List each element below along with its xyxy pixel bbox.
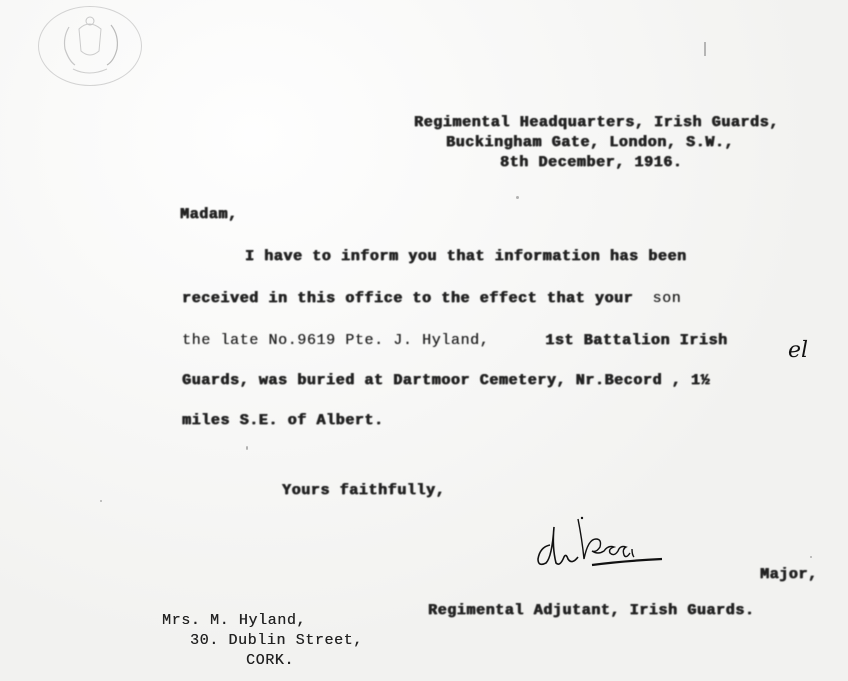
signatory-title: Regimental Adjutant, Irish Guards.	[428, 602, 754, 619]
recipient-name: Mrs. M. Hyland,	[162, 612, 306, 629]
recipient-city: CORK.	[246, 652, 294, 669]
body-line-2-text: received in this office to the effect th…	[182, 290, 633, 307]
paper-speck	[516, 196, 519, 199]
paper-speck	[100, 500, 102, 502]
body-line-3: the late No.9619 Pte. J. Hyland,1st Batt…	[182, 332, 728, 349]
letterhead-address-line-1: Regimental Headquarters, Irish Guards,	[414, 114, 779, 131]
paper-speck	[246, 446, 248, 450]
letter-date: 8th December, 1916.	[500, 154, 682, 171]
signature	[528, 515, 718, 575]
pencil-mark	[704, 42, 706, 56]
signature-icon	[528, 515, 718, 575]
battalion: 1st Battalion Irish	[545, 332, 727, 349]
closing: Yours faithfully,	[282, 482, 445, 499]
letterhead-address-line-2: Buckingham Gate, London, S.W.,	[446, 134, 734, 151]
recipient-street: 30. Dublin Street,	[190, 632, 363, 649]
body-line-4: Guards, was buried at Dartmoor Cemetery,…	[182, 372, 710, 389]
salutation: Madam,	[180, 206, 238, 223]
body-line-2-insert: son	[652, 290, 681, 307]
paper-speck	[810, 556, 812, 558]
body-line-1: I have to inform you that information ha…	[245, 248, 687, 265]
signatory-rank: Major,	[760, 566, 818, 583]
embossed-crest-icon	[38, 6, 142, 86]
body-line-2: received in this office to the effect th…	[182, 290, 681, 307]
soldier-reference: the late No.9619 Pte. J. Hyland,	[182, 332, 489, 349]
body-line-5: miles S.E. of Albert.	[182, 412, 384, 429]
handwritten-correction: el	[788, 338, 808, 363]
